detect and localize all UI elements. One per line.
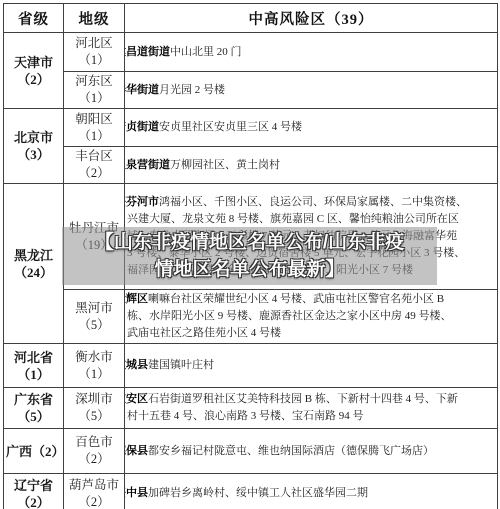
table-row: 丰台区 （2） 玉泉营街道万柳园社区、黄土岗村 — [4, 147, 498, 184]
risk-area-cell: 德保县都安乡福记村陇意屯、维也纳国际酒店（德保腾飞广场店） — [125, 429, 498, 474]
prefecture-cell: 河北区 （1） — [64, 33, 125, 72]
table-row: 河北省 （1） 衡水市 （1） 故城县建国镇叶庄村 — [4, 344, 498, 388]
document-page: 省级 地级 中高风险区（39） 天津市 （2） 河北区 （1） 建昌道街道中山北… — [0, 0, 500, 509]
province-cell-tianjin: 天津市 （2） — [4, 33, 64, 109]
header-prefecture: 地级 — [64, 4, 125, 33]
area-lead: 绥中县 — [125, 487, 149, 499]
area-text: 月光园 2 号楼 — [159, 84, 225, 96]
province-cell-liaoning: 辽宁省 （2） — [4, 474, 64, 509]
table-row: 河东区 （1） 春华街道月光园 2 号楼 — [4, 72, 498, 109]
risk-area-cell: 故城县建国镇叶庄村 — [125, 344, 498, 388]
province-cell-heilongjiang: 黑龙江 （24） — [4, 184, 64, 344]
area-lead: 玉泉营街道 — [125, 159, 171, 171]
prefecture-cell: 百色市 （2） — [64, 429, 125, 474]
prefecture-cell: 深圳市 （5） — [64, 388, 125, 429]
area-text: 安贞里社区安贞里三区 4 号楼 — [159, 121, 302, 133]
area-text: 石岩街道罗租社区艾美特科技园 B 栋、下新村十四巷 4 号、下新 村十五巷 4 … — [127, 393, 458, 422]
prefecture-cell: 朝阳区 （1） — [64, 109, 125, 147]
area-text: 万柳园社区、黄土岗村 — [170, 159, 280, 171]
area-lead: 春华街道 — [125, 84, 160, 96]
table-row: 辽宁省 （2） 葫芦岛市 （2） 绥中县加碑岩乡离岭村、绥中镇工人社区盛华园二期 — [4, 474, 498, 509]
area-text: 喇嘛台社区荣耀世纪小区 4 号楼、武庙屯社区警官名苑小区 B 栋、水岸阳光小区 … — [127, 293, 452, 339]
table-row: 广西（2） 百色市 （2） 德保县都安乡福记村陇意屯、维也纳国际酒店（德保腾飞广… — [4, 429, 498, 474]
header-risk-areas: 中高风险区（39） — [125, 4, 498, 33]
prefecture-cell: 黑河市 （5） — [64, 290, 125, 344]
prefecture-cell: 丰台区 （2） — [64, 147, 125, 184]
area-text: 加碑岩乡离岭村、绥中镇工人社区盛华园二期 — [148, 487, 368, 499]
prefecture-cell: 衡水市 （1） — [64, 344, 125, 388]
table-header-row: 省级 地级 中高风险区（39） — [4, 4, 498, 33]
risk-area-cell: 爱辉区喇嘛台社区荣耀世纪小区 4 号楼、武庙屯社区警官名苑小区 B 栋、水岸阳光… — [125, 290, 498, 344]
table-row: 广东省 （5） 深圳市 （5） 宝安区石岩街道罗租社区艾美特科技园 B 栋、下新… — [4, 388, 498, 429]
prefecture-cell: 葫芦岛市 （2） — [64, 474, 125, 509]
province-cell-beijing: 北京市 （3） — [4, 109, 64, 184]
risk-area-cell: 玉泉营街道万柳园社区、黄土岗村 — [125, 147, 498, 184]
risk-area-cell: 春华街道月光园 2 号楼 — [125, 72, 498, 109]
area-lead: 故城县 — [125, 359, 149, 371]
watermark-line1: 【山东非疫情地区名单公布/山东非疫 — [95, 229, 404, 256]
risk-area-cell: 绥中县加碑岩乡离岭村、绥中镇工人社区盛华园二期 — [125, 474, 498, 509]
area-lead: 安贞街道 — [125, 121, 160, 133]
area-text: 中山北里 20 门 — [170, 46, 242, 58]
risk-area-cell: 宝安区石岩街道罗租社区艾美特科技园 B 栋、下新村十四巷 4 号、下新 村十五巷… — [125, 388, 498, 429]
area-text: 建国镇叶庄村 — [148, 359, 214, 371]
area-lead: 德保县 — [125, 445, 149, 457]
area-lead: 建昌道街道 — [125, 46, 171, 58]
area-lead: 爱辉区 — [125, 293, 149, 305]
watermark-line2: 情地区名单公布最新】 — [154, 256, 344, 283]
province-cell-guangdong: 广东省 （5） — [4, 388, 64, 429]
watermark-overlay: 【山东非疫情地区名单公布/山东非疫 情地区名单公布最新】 — [62, 227, 437, 285]
risk-area-cell: 建昌道街道中山北里 20 门 — [125, 33, 498, 72]
province-cell-guangxi: 广西（2） — [4, 429, 64, 474]
table-row: 北京市 （3） 朝阳区 （1） 安贞街道安贞里社区安贞里三区 4 号楼 — [4, 109, 498, 147]
prefecture-cell: 河东区 （1） — [64, 72, 125, 109]
area-lead: 绥芬河市 — [125, 196, 160, 208]
area-text: 都安乡福记村陇意屯、维也纳国际酒店（德保腾飞广场店） — [148, 445, 434, 457]
table-row: 黑河市 （5） 爱辉区喇嘛台社区荣耀世纪小区 4 号楼、武庙屯社区警官名苑小区 … — [4, 290, 498, 344]
header-province: 省级 — [4, 4, 64, 33]
risk-area-cell: 安贞街道安贞里社区安贞里三区 4 号楼 — [125, 109, 498, 147]
province-cell-hebei: 河北省 （1） — [4, 344, 64, 388]
table-row: 天津市 （2） 河北区 （1） 建昌道街道中山北里 20 门 — [4, 33, 498, 72]
area-lead: 宝安区 — [125, 393, 149, 405]
